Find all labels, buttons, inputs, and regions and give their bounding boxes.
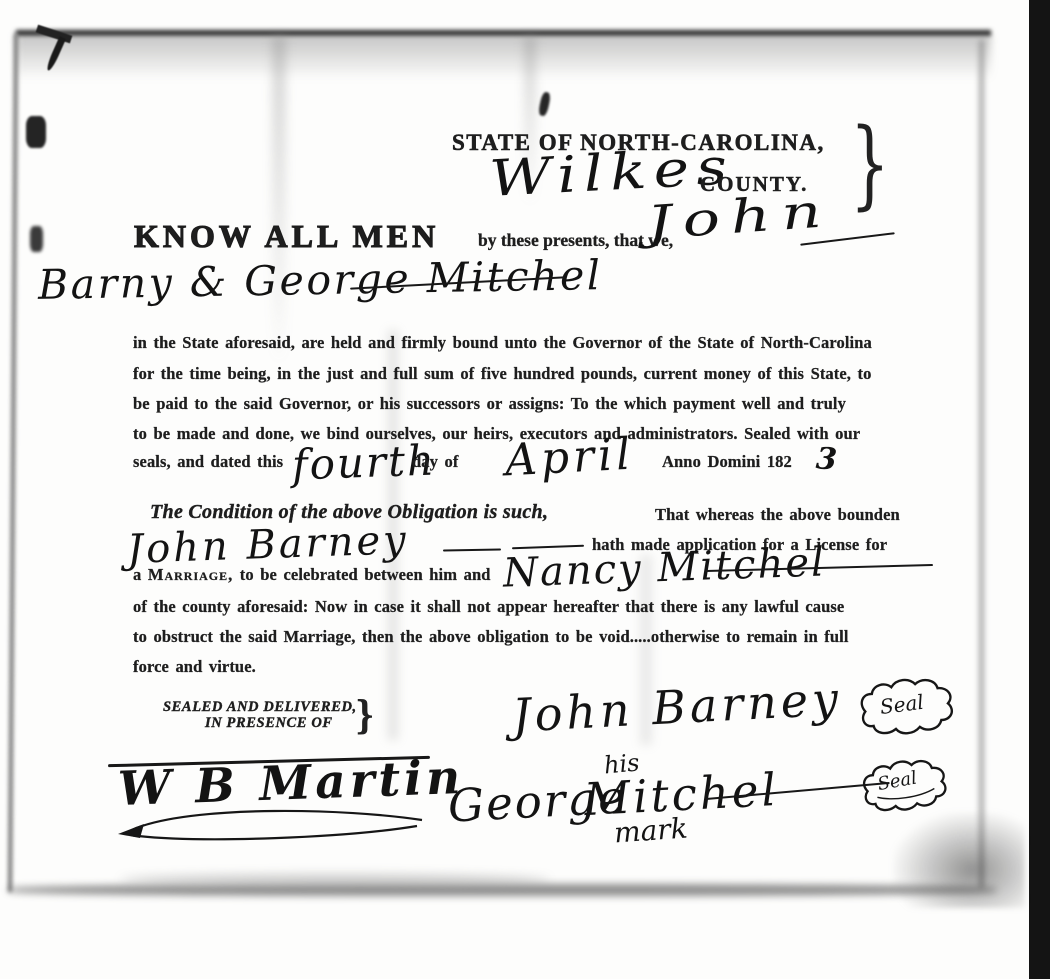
seal-scribble: Seal — [849, 752, 959, 818]
marriage-line-rest: to be celebrated between him and — [240, 565, 491, 584]
bond-paragraph-line: in the State aforesaid, are held and fir… — [133, 333, 872, 353]
presence-brace: } — [355, 696, 375, 734]
sealed-delivered-line1: SEALED AND DELIVERED, — [163, 699, 357, 716]
signature-flourish-icon — [112, 806, 432, 850]
bond-paragraph-line: to be made and done, we bind ourselves, … — [133, 424, 860, 444]
obligor-name-handwritten: John — [645, 183, 834, 250]
his-mark-label-bottom: mark — [613, 811, 689, 849]
seal-scribble: Seal — [848, 671, 965, 741]
condition-line: to obstruct the said Marriage, then the … — [133, 627, 849, 647]
marriage-line-a: a — [133, 565, 141, 584]
marriage-line: a Marriage, to be celebrated between him… — [133, 565, 491, 585]
groom-signature-handwritten: John Barney — [511, 671, 843, 742]
scanned-document: STATE OF NORTH-CAROLINA, } Wilkes COUNTY… — [0, 0, 1050, 979]
blank-dash — [443, 548, 501, 551]
paper-right-edge — [979, 40, 984, 888]
anno-domini-label: Anno Domini 182 — [662, 452, 792, 472]
day-of-label: day of — [412, 452, 458, 472]
ink-blot — [26, 116, 46, 148]
paper-top-shadow — [16, 34, 991, 80]
header-brace: } — [850, 116, 890, 212]
condition-line: force and virtue. — [133, 657, 256, 677]
scanner-edge-bar — [1029, 0, 1050, 979]
bond-paragraph-line: be paid to the said Governor, or his suc… — [133, 394, 846, 414]
bond-paragraph-line: for the time being, in the just and full… — [133, 364, 872, 384]
fold-streak — [272, 36, 286, 366]
obligors-names-handwritten: Barny & George Mitchel — [38, 251, 603, 309]
paper-left-edge — [8, 34, 18, 892]
marriage-word: Marriage, — [148, 565, 233, 584]
year-digit-handwritten: 3 — [815, 441, 838, 477]
corner-fold-mark — [45, 36, 66, 72]
paper-bottom-smudge — [120, 874, 550, 886]
condition-line: of the county aforesaid: Now in case it … — [133, 597, 844, 617]
paper-top-edge — [16, 30, 991, 36]
corner-fold-mark — [36, 25, 73, 44]
know-all-men-heading: KNOW ALL MEN — [134, 218, 439, 255]
presents-text: by these presents, that we, — [478, 230, 673, 251]
corner-smudge — [893, 812, 1025, 908]
paper-bottom-edge — [8, 884, 996, 896]
bride-name-handwritten: Nancy Mitchel — [502, 539, 826, 596]
month-handwritten: April — [504, 429, 636, 487]
sealed-delivered-line2: IN PRESENCE OF — [205, 715, 333, 732]
ink-fleck — [538, 91, 552, 116]
ink-blot — [30, 226, 43, 252]
dated-prefix: seals, and dated this — [133, 452, 283, 472]
condition-lead-rest: That whereas the above bounden — [655, 505, 900, 525]
